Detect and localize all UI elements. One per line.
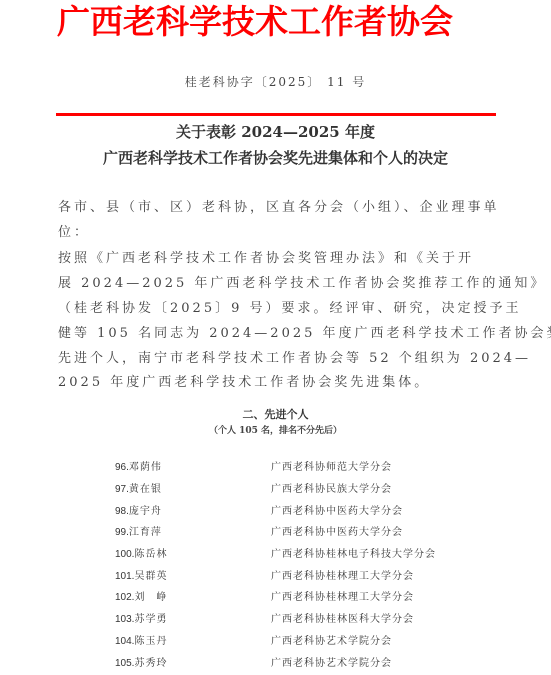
honoree-name: 98.庞宇舟 [115,502,271,517]
honoree-organization: 广西老科协艺术学院分会 [271,632,392,647]
body-line-paragraph-2: 展 2024—2025 年广西老科学技术工作者协会奖推荐工作的通知》 [58,275,488,293]
list-item: 102.刘 峥 广西老科协桂林理工大学分会 [115,585,475,607]
honoree-number: 96. [115,462,129,473]
body-line-paragraph-1: 按照《广西老科学技术工作者协会奖管理办法》和《关于开 [58,250,488,268]
honoree-organization: 广西老科协中医药大学分会 [271,502,403,517]
honoree-number: 101. [115,571,134,582]
list-item: 104.陈玉丹 广西老科协艺术学院分会 [115,629,475,651]
honoree-number: 99. [115,527,129,538]
honoree-organization: 广西老科协桂林医科大学分会 [271,610,414,625]
body-line-paragraph-6: 2025 年度广西老科学技术工作者协会奖先进集体。 [58,374,488,392]
honoree-name: 99.江育萍 [115,523,271,538]
honoree-organization: 广西老科协民族大学分会 [271,480,392,495]
list-item: 105.苏秀玲 广西老科协艺术学院分会 [115,650,475,672]
honoree-name-text: 吴群英 [134,571,167,582]
honoree-name: 96.邓荫伟 [115,458,271,473]
body-line-paragraph-5: 先进个人，南宁市老科学技术工作者协会等 52 个组织为 2024— [58,350,488,368]
document-number: 桂老科协字〔2025〕 11 号 [0,74,551,90]
honoree-number: 102. [115,592,134,603]
honoree-list: 96.邓荫伟 广西老科协师范大学分会 97.黄在银 广西老科协民族大学分会 98… [115,455,475,672]
honoree-name-text: 黄在银 [129,484,162,495]
honoree-name-text: 刘 峥 [134,592,167,603]
honoree-name-text: 庞宇舟 [129,506,162,517]
honoree-name-text: 陈岳林 [134,549,167,560]
honoree-name: 101.吴群英 [115,567,271,582]
honoree-name-text: 邓荫伟 [129,462,162,473]
honoree-number: 103. [115,614,134,625]
document-title-line-1: 关于表彰 2024—2025 年度 [0,122,551,142]
red-divider-rule [56,113,496,116]
body-line-addressee-cont: 位： [58,224,488,242]
honoree-number: 105. [115,658,134,669]
honoree-name: 97.黄在银 [115,480,271,495]
list-item: 101.吴群英 广西老科协桂林理工大学分会 [115,563,475,585]
document-title-line-2: 广西老科学技术工作者协会奖先进集体和个人的决定 [0,148,551,168]
section-heading: 二、先进个人 [0,408,551,422]
honoree-name-text: 苏学勇 [134,614,167,625]
honoree-number: 97. [115,484,129,495]
list-item: 96.邓荫伟 广西老科协师范大学分会 [115,455,475,477]
list-item: 103.苏学勇 广西老科协桂林医科大学分会 [115,607,475,629]
list-item: 98.庞宇舟 广西老科协中医药大学分会 [115,498,475,520]
list-item: 99.江育萍 广西老科协中医药大学分会 [115,520,475,542]
section-subheading: （个人 105 名，排名不分先后） [0,425,551,437]
honoree-name-text: 江育萍 [129,527,162,538]
honoree-number: 98. [115,506,129,517]
honoree-organization: 广西老科协艺术学院分会 [271,654,392,669]
honoree-name: 100.陈岳林 [115,545,271,560]
honoree-name: 103.苏学勇 [115,610,271,625]
honoree-name-text: 苏秀玲 [134,658,167,669]
honoree-organization: 广西老科协桂林理工大学分会 [271,588,414,603]
honoree-name: 105.苏秀玲 [115,654,271,669]
honoree-organization: 广西老科协师范大学分会 [271,458,392,473]
honoree-name-text: 陈玉丹 [134,636,167,647]
body-line-paragraph-4: 健等 105 名同志为 2024—2025 年度广西老科学技术工作者协会奖 [58,325,488,343]
honoree-number: 100. [115,549,134,560]
honoree-organization: 广西老科协中医药大学分会 [271,523,403,538]
honoree-number: 104. [115,636,134,647]
honoree-organization: 广西老科协桂林电子科技大学分会 [271,545,436,560]
list-item: 100.陈岳林 广西老科协桂林电子科技大学分会 [115,542,475,564]
body-line-addressee: 各市、县（市、区）老科协，区直各分会（小组）、企业理事单 [58,199,488,217]
honoree-organization: 广西老科协桂林理工大学分会 [271,567,414,582]
honoree-name: 102.刘 峥 [115,588,271,603]
organization-masthead: 广西老科学技术工作者协会 [57,4,487,40]
list-item: 97.黄在银 广西老科协民族大学分会 [115,477,475,499]
honoree-name: 104.陈玉丹 [115,632,271,647]
body-line-paragraph-3: （桂老科协发〔2025〕9 号）要求。经评审、研究，决定授予王 [58,300,488,318]
